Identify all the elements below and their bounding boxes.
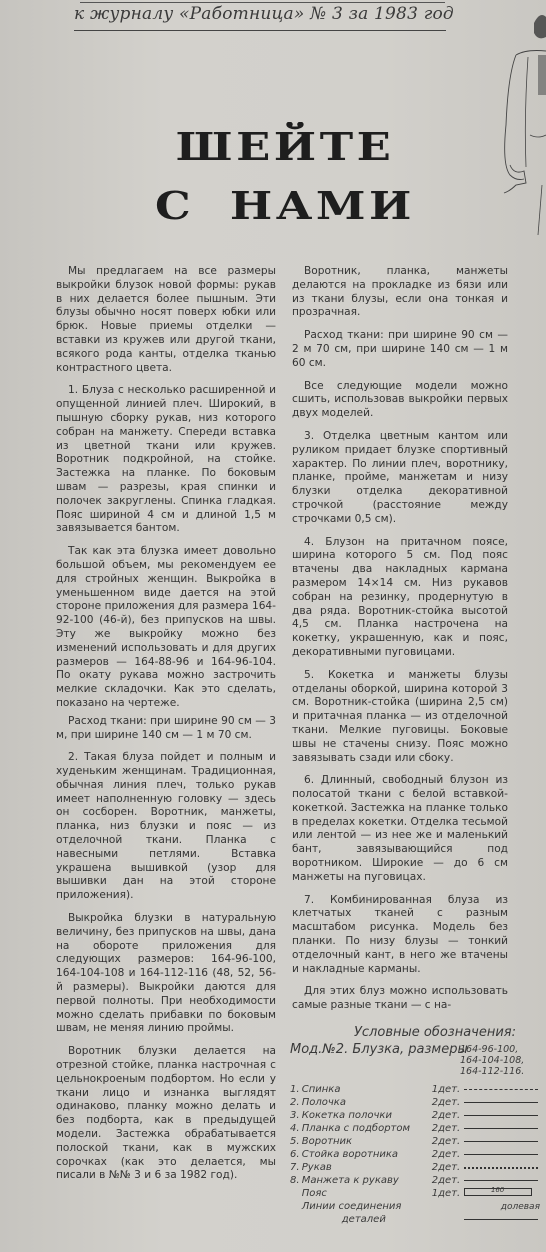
solid-line-icon [464, 1102, 538, 1103]
legend-row: 5. Воротник 2дет. [290, 1135, 540, 1148]
left-column: Мы предлагаем на все размеры выкройки бл… [56, 265, 276, 1192]
legend-row: 1. Спинка 1дет. [290, 1083, 540, 1096]
fashion-sketch-illustration [490, 5, 546, 235]
circle-mark-line-icon [464, 1154, 538, 1155]
belt-measure: 160 [491, 1186, 504, 1194]
model-7-description: 7. Комбинированная блуза из клетчатых тк… [292, 894, 508, 977]
model-1-fabric-consumption: Расход ткани: при ширине 90 см — 3 м, пр… [56, 715, 276, 743]
legend-row: 2. Полочка 2дет. [290, 1096, 540, 1109]
connection-line-icon [464, 1219, 538, 1220]
page-title: ШЕЙТЕ С НАМИ [126, 118, 445, 236]
legend-row: деталей [290, 1213, 540, 1226]
title-line-2: С НАМИ [126, 177, 445, 236]
legend-row: Линии соединения долевая [290, 1200, 540, 1213]
connection-label: Линии соединения [302, 1200, 432, 1213]
belt-pattern-icon: 160 [464, 1188, 532, 1196]
legend-row: 3. Кокетка полочки 2дет. [290, 1109, 540, 1122]
dashed-line-icon [464, 1167, 538, 1169]
slash-mark-line-icon [464, 1141, 538, 1142]
legend-row: 4. Планка с подбортом 2дет. [290, 1122, 540, 1135]
right-column: Воротник, планка, манжеты делаются на пр… [292, 265, 508, 1022]
legend-size-2: 164-104-108, [460, 1055, 524, 1066]
fabrics-note: Для этих блуз можно использовать самые р… [292, 985, 508, 1013]
dot-mark-line-icon [464, 1128, 538, 1129]
legend-table: 1. Спинка 1дет. 2. Полочка 2дет. 3. Коке… [290, 1083, 540, 1226]
model-3-description: 3. Отделка цветным кантом или руликом пр… [292, 430, 508, 527]
model-1-pattern-note: Так как эта блузка имеет довольно большо… [56, 545, 276, 711]
model-6-description: 6. Длинный, свободный блузон из полосато… [292, 774, 508, 884]
model-2-lining-note: Воротник, планка, манжеты делаются на пр… [292, 265, 508, 320]
grain-label: долевая [464, 1200, 540, 1213]
model-5-description: 5. Кокетка и манжеты блузы отделаны обор… [292, 669, 508, 766]
v-mark-line-icon [464, 1115, 538, 1116]
following-models-note: Все следующие модели можно сшить, исполь… [292, 380, 508, 421]
legend-model-label: Мод.№2. Блузка, размеры [290, 1042, 468, 1057]
title-line-1: ШЕЙТЕ [126, 118, 445, 177]
model-1-description: 1. Блуза с несколько расширенной и опуще… [56, 384, 276, 536]
legend-sizes: 164-96-100, 164-104-108, 164-112-116. [460, 1044, 524, 1077]
pattern-legend: Условные обозначения: Мод.№2. Блузка, ра… [290, 1025, 540, 1226]
model-2-collar-note: Воротник блузки делается на отрезной сто… [56, 1045, 276, 1183]
model-2-fabric-consumption: Расход ткани: при ширине 90 см — 2 м 70 … [292, 329, 508, 370]
header-caption: к журналу «Работница» № 3 за 1983 год [74, 4, 446, 31]
legend-size-1: 164-96-100, [460, 1044, 524, 1055]
legend-row: 6. Стойка воротника 2дет. [290, 1148, 540, 1161]
legend-title: Условные обозначения: [330, 1025, 540, 1040]
dash-dot-line-icon [464, 1089, 538, 1090]
x-mark-line-icon [464, 1180, 538, 1181]
top-rule [80, 2, 445, 3]
legend-model: Мод.№2. Блузка, размеры 164-96-100, 164-… [290, 1042, 540, 1057]
legend-row: 7. Рукав 2дет. [290, 1161, 540, 1174]
model-2-description: 2. Такая блуза пойдет и полным и худеньк… [56, 751, 276, 903]
intro-paragraph: Мы предлагаем на все размеры выкройки бл… [56, 265, 276, 375]
connection-label-2: деталей [302, 1213, 432, 1226]
legend-row: Пояс 1дет. 160 [290, 1187, 540, 1200]
model-4-description: 4. Блузон на притачном поясе, ширина кот… [292, 536, 508, 660]
model-2-pattern-note: Выкройка блузки в натуральную величину, … [56, 912, 276, 1036]
legend-size-3: 164-112-116. [460, 1066, 524, 1077]
